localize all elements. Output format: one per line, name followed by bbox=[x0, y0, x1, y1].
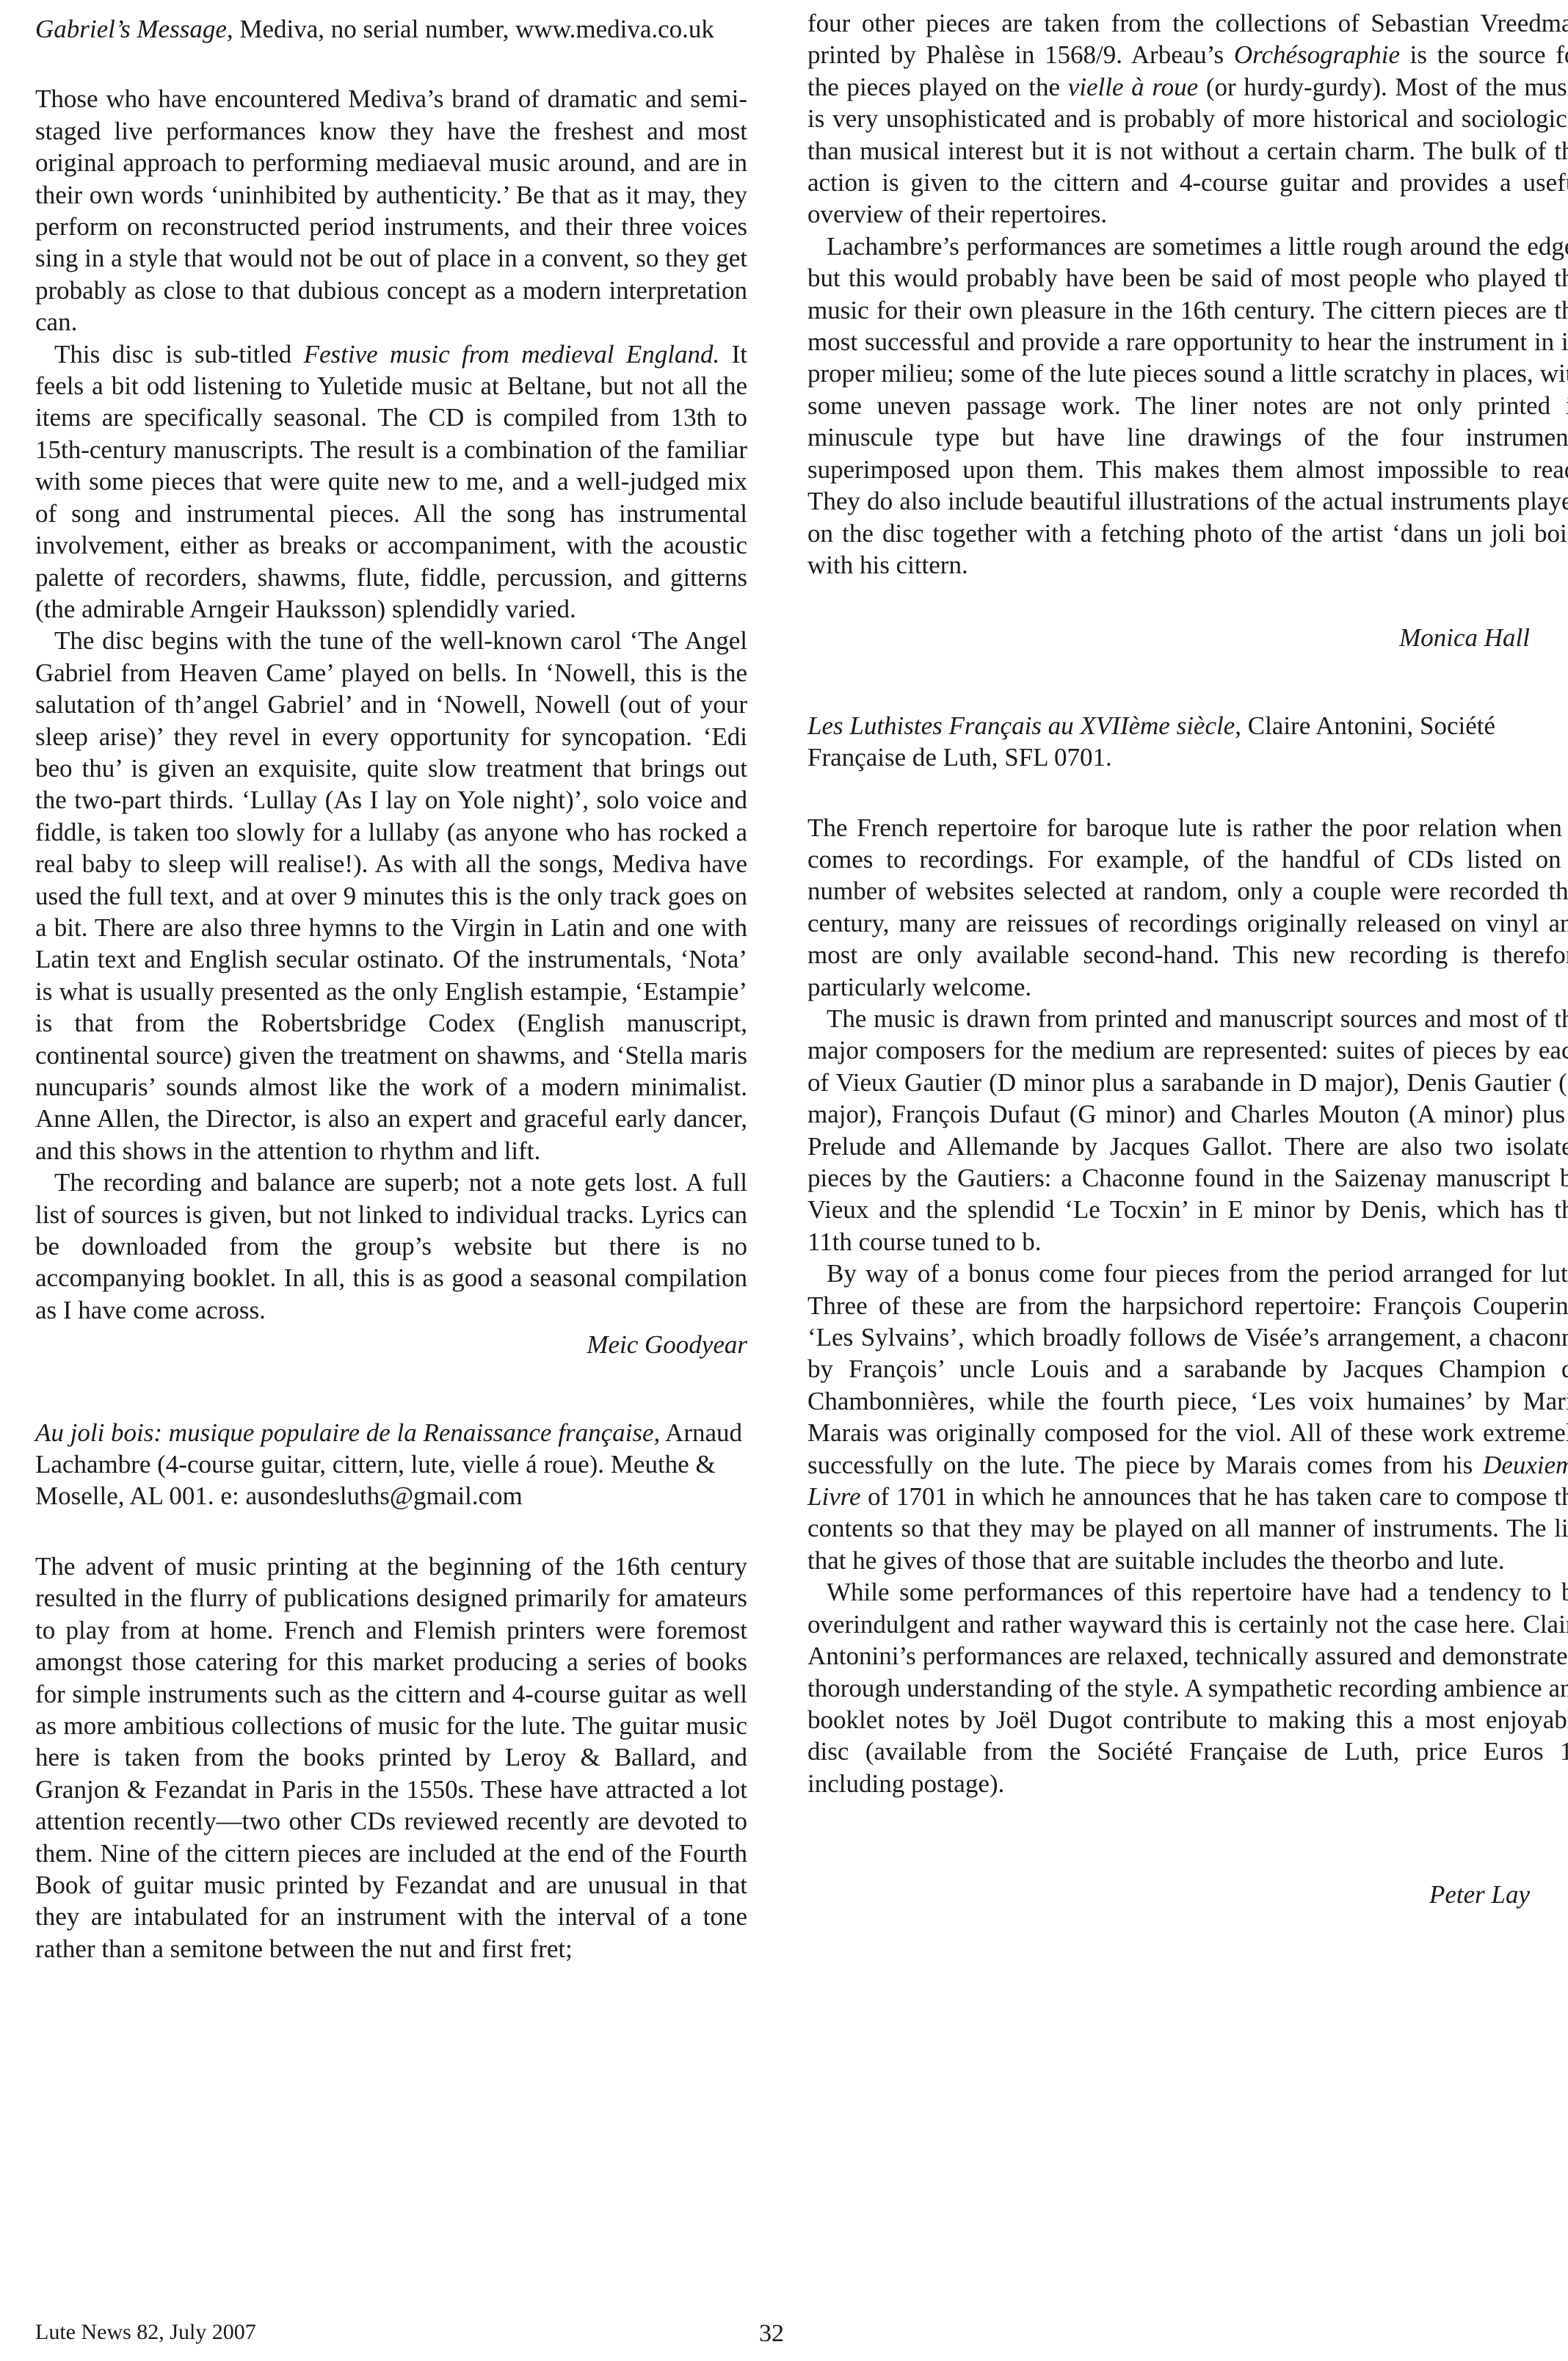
spacer bbox=[35, 1512, 747, 1551]
book-title-italic: Orchésographie bbox=[1234, 40, 1400, 69]
page-number: 32 bbox=[759, 2320, 784, 2348]
review-2-title: Au joli bois: musique populaire de la Re… bbox=[35, 1418, 660, 1447]
review-1-heading: Gabriel’s Message, Mediva, no serial num… bbox=[35, 13, 747, 45]
review-3-paragraph-1: The French repertoire for baroque lute i… bbox=[807, 812, 1568, 1003]
subtitle-italic: Festive music from medieval England. bbox=[304, 340, 720, 369]
left-column: Gabriel’s Message, Mediva, no serial num… bbox=[35, 0, 747, 1965]
review-1-paragraph-1: Those who have encountered Mediva’s bran… bbox=[35, 83, 747, 338]
review-2-paragraph-1: The advent of music printing at the begi… bbox=[35, 1551, 747, 1965]
instrument-italic: vielle à roue bbox=[1068, 73, 1199, 101]
review-3-paragraph-4: While some performances of this repertoi… bbox=[807, 1576, 1568, 1799]
review-3-reviewer: Peter Lay bbox=[807, 1879, 1568, 1910]
review-3-heading: Les Luthistes Français au XVIIème siècle… bbox=[807, 710, 1568, 774]
review-3-paragraph-2: The music is drawn from printed and manu… bbox=[807, 1003, 1568, 1258]
review-2-paragraph-2: Lachambre’s performances are sometimes a… bbox=[807, 231, 1568, 581]
review-3-title: Les Luthistes Français au XVIIème siècle bbox=[807, 711, 1235, 740]
right-column: four other pieces are taken from the col… bbox=[807, 7, 1568, 1967]
text-run: This disc is sub-titled bbox=[54, 340, 304, 369]
footer-publication: Lute News 82, July 2007 bbox=[35, 2320, 256, 2345]
review-3-paragraph-3: By way of a bonus come four pieces from … bbox=[807, 1258, 1568, 1576]
spacer bbox=[807, 774, 1568, 812]
review-1-details: , Mediva, no serial number, www.mediva.c… bbox=[227, 15, 714, 43]
spacer bbox=[35, 45, 747, 83]
text-run: It feels a bit odd listening to Yuletide… bbox=[35, 340, 747, 623]
text-run: of 1701 in which he announces that he ha… bbox=[807, 1482, 1568, 1575]
review-1-paragraph-3: The disc begins with the tune of the wel… bbox=[35, 625, 747, 1167]
review-1-paragraph-4: The recording and balance are superb; no… bbox=[35, 1167, 747, 1326]
review-2-paragraph-1-continued: four other pieces are taken from the col… bbox=[807, 7, 1568, 231]
review-1-title: Gabriel’s Message bbox=[35, 15, 227, 43]
review-2-reviewer: Monica Hall bbox=[807, 622, 1568, 653]
review-2-heading: Au joli bois: musique populaire de la Re… bbox=[35, 1417, 747, 1512]
review-1-paragraph-2: This disc is sub-titled Festive music fr… bbox=[35, 338, 747, 625]
review-1-reviewer: Meic Goodyear bbox=[35, 1329, 747, 1360]
text-run: By way of a bonus come four pieces from … bbox=[807, 1259, 1568, 1479]
